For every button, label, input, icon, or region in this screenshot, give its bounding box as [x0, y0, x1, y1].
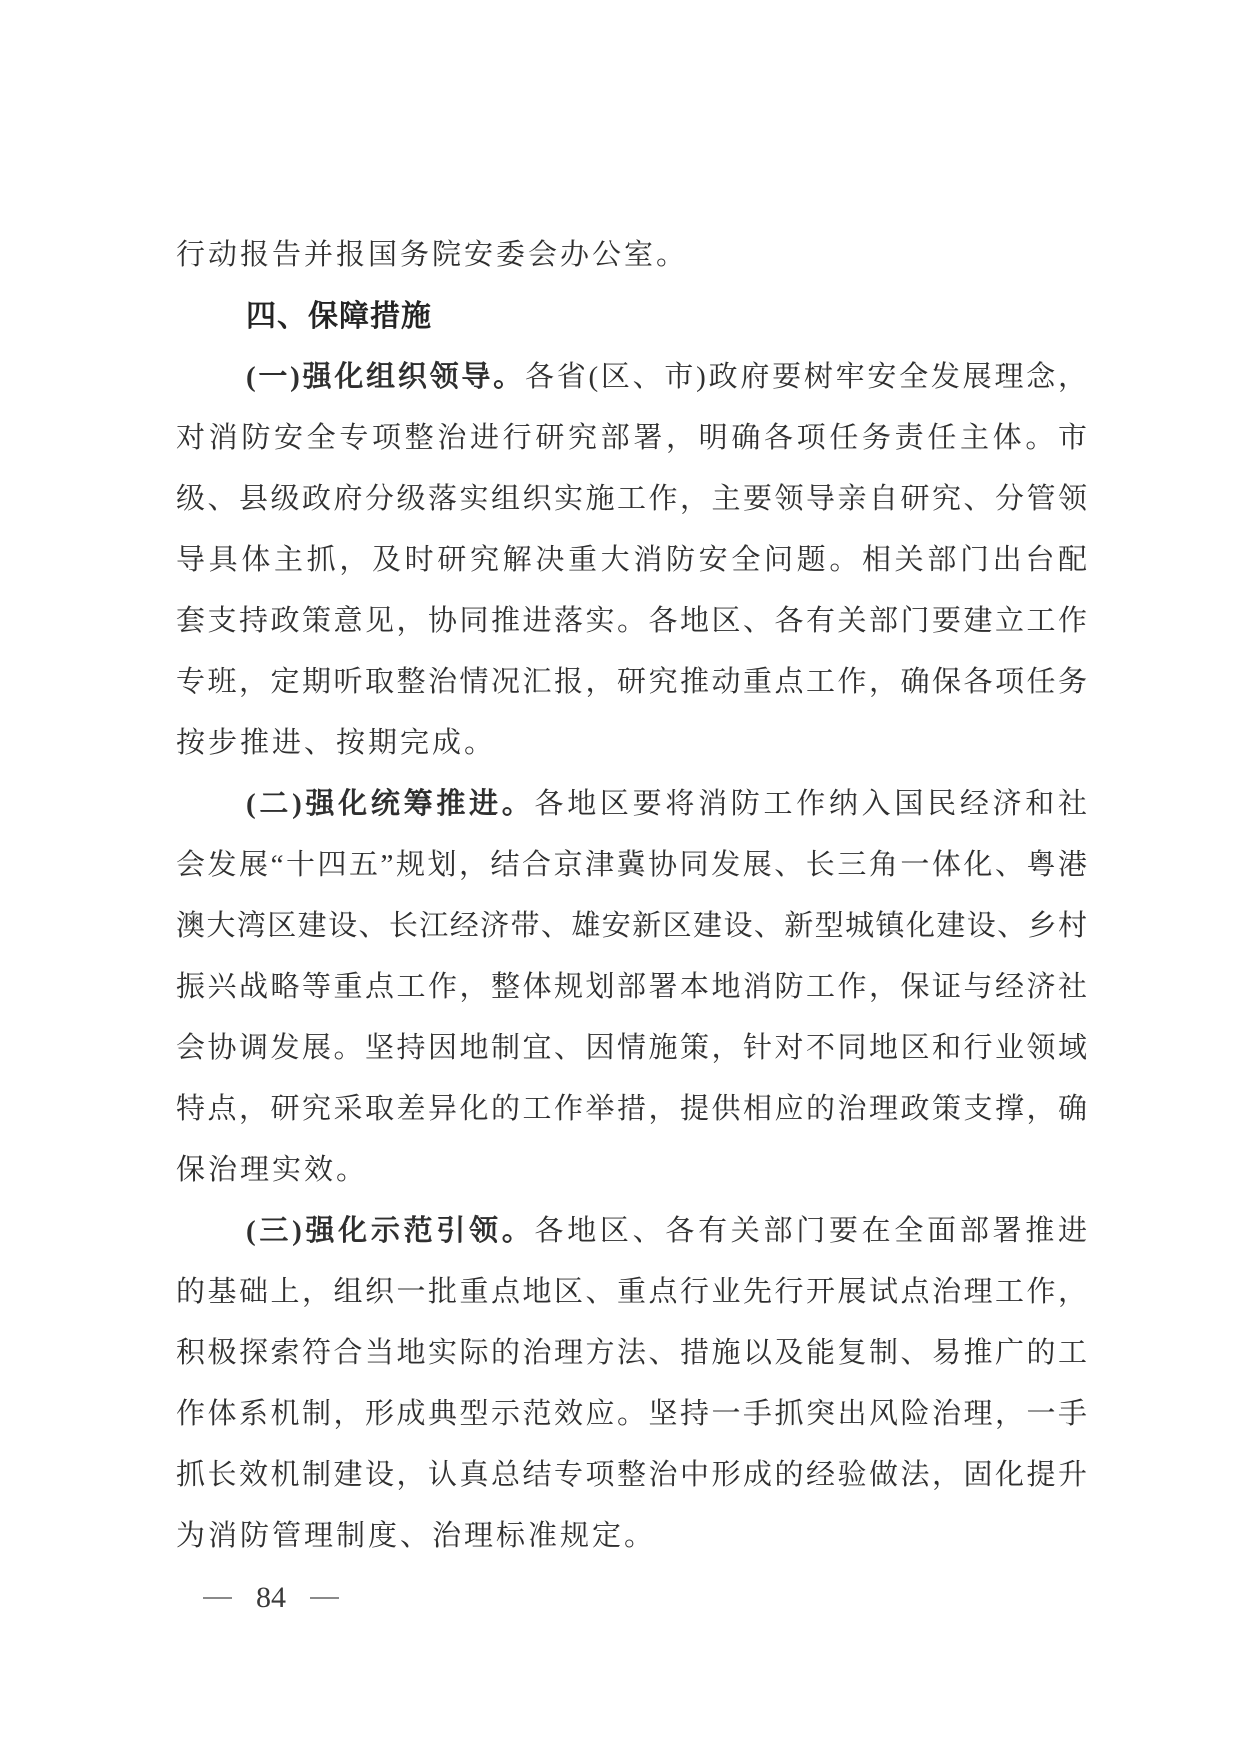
text-line: 会协调发展。坚持因地制宜、因情施策，针对不同地区和行业领域 — [176, 1018, 1087, 1079]
text-line: 澳大湾区建设、长江经济带、雄安新区建设、新型城镇化建设、乡村 — [176, 896, 1087, 957]
paragraph-1-first-line: (一)强化组织领导。各省(区、市)政府要树牢安全发展理念， — [176, 347, 1087, 408]
footer-dash-left-icon — [203, 1597, 232, 1599]
page-number: 84 — [256, 1582, 286, 1614]
paragraph-1-first-line-text: 各省(区、市)政府要树牢安全发展理念， — [525, 361, 1087, 393]
text-line: 会发展“十四五”规划，结合京津冀协同发展、长三角一体化、粤港 — [176, 835, 1087, 896]
paragraph-1-last-line: 按步推进、按期完成。 — [176, 713, 1087, 774]
text-line: 对消防安全专项整治进行研究部署，明确各项任务责任主体。市 — [176, 408, 1087, 469]
paragraph-2-lead: (二)强化统筹推进。 — [246, 788, 535, 820]
text-line: 特点，研究采取差异化的工作举措，提供相应的治理政策支撑，确 — [176, 1079, 1087, 1140]
continuation-line: 行动报告并报国务院安委会办公室。 — [176, 225, 1087, 286]
paragraph-2-last-line: 保治理实效。 — [176, 1140, 1087, 1201]
text-line: 积极探索符合当地实际的治理方法、措施以及能复制、易推广的工 — [176, 1323, 1087, 1384]
text-line: 级、县级政府分级落实组织实施工作，主要领导亲自研究、分管领 — [176, 469, 1087, 530]
section-heading: 四、保障措施 — [176, 286, 1087, 347]
text-line: 套支持政策意见，协同推进落实。各地区、各有关部门要建立工作 — [176, 591, 1087, 652]
paragraph-1-lead: (一)强化组织领导。 — [246, 361, 525, 393]
text-line: 振兴战略等重点工作，整体规划部署本地消防工作，保证与经济社 — [176, 957, 1087, 1018]
footer-dash-right-icon — [310, 1597, 339, 1599]
paragraph-2-first-line-text: 各地区要将消防工作纳入国民经济和社 — [535, 788, 1087, 820]
text-line: 的基础上，组织一批重点地区、重点行业先行开展试点治理工作， — [176, 1262, 1087, 1323]
document-text: 行动报告并报国务院安委会办公室。 四、保障措施 (一)强化组织领导。各省(区、市… — [176, 225, 1087, 1567]
page-footer: 84 — [203, 1582, 339, 1614]
document-page: 行动报告并报国务院安委会办公室。 四、保障措施 (一)强化组织领导。各省(区、市… — [0, 0, 1239, 1752]
text-line: 抓长效机制建设，认真总结专项整治中形成的经验做法，固化提升 — [176, 1445, 1087, 1506]
paragraph-3-first-line-text: 各地区、各有关部门要在全面部署推进 — [535, 1215, 1087, 1247]
paragraph-3-last-line: 为消防管理制度、治理标准规定。 — [176, 1506, 1087, 1567]
paragraph-2-first-line: (二)强化统筹推进。各地区要将消防工作纳入国民经济和社 — [176, 774, 1087, 835]
text-line: 作体系机制，形成典型示范效应。坚持一手抓突出风险治理，一手 — [176, 1384, 1087, 1445]
text-line: 导具体主抓，及时研究解决重大消防安全问题。相关部门出台配 — [176, 530, 1087, 591]
text-line: 专班，定期听取整治情况汇报，研究推动重点工作，确保各项任务 — [176, 652, 1087, 713]
paragraph-3-first-line: (三)强化示范引领。各地区、各有关部门要在全面部署推进 — [176, 1201, 1087, 1262]
paragraph-3-lead: (三)强化示范引领。 — [246, 1215, 535, 1247]
